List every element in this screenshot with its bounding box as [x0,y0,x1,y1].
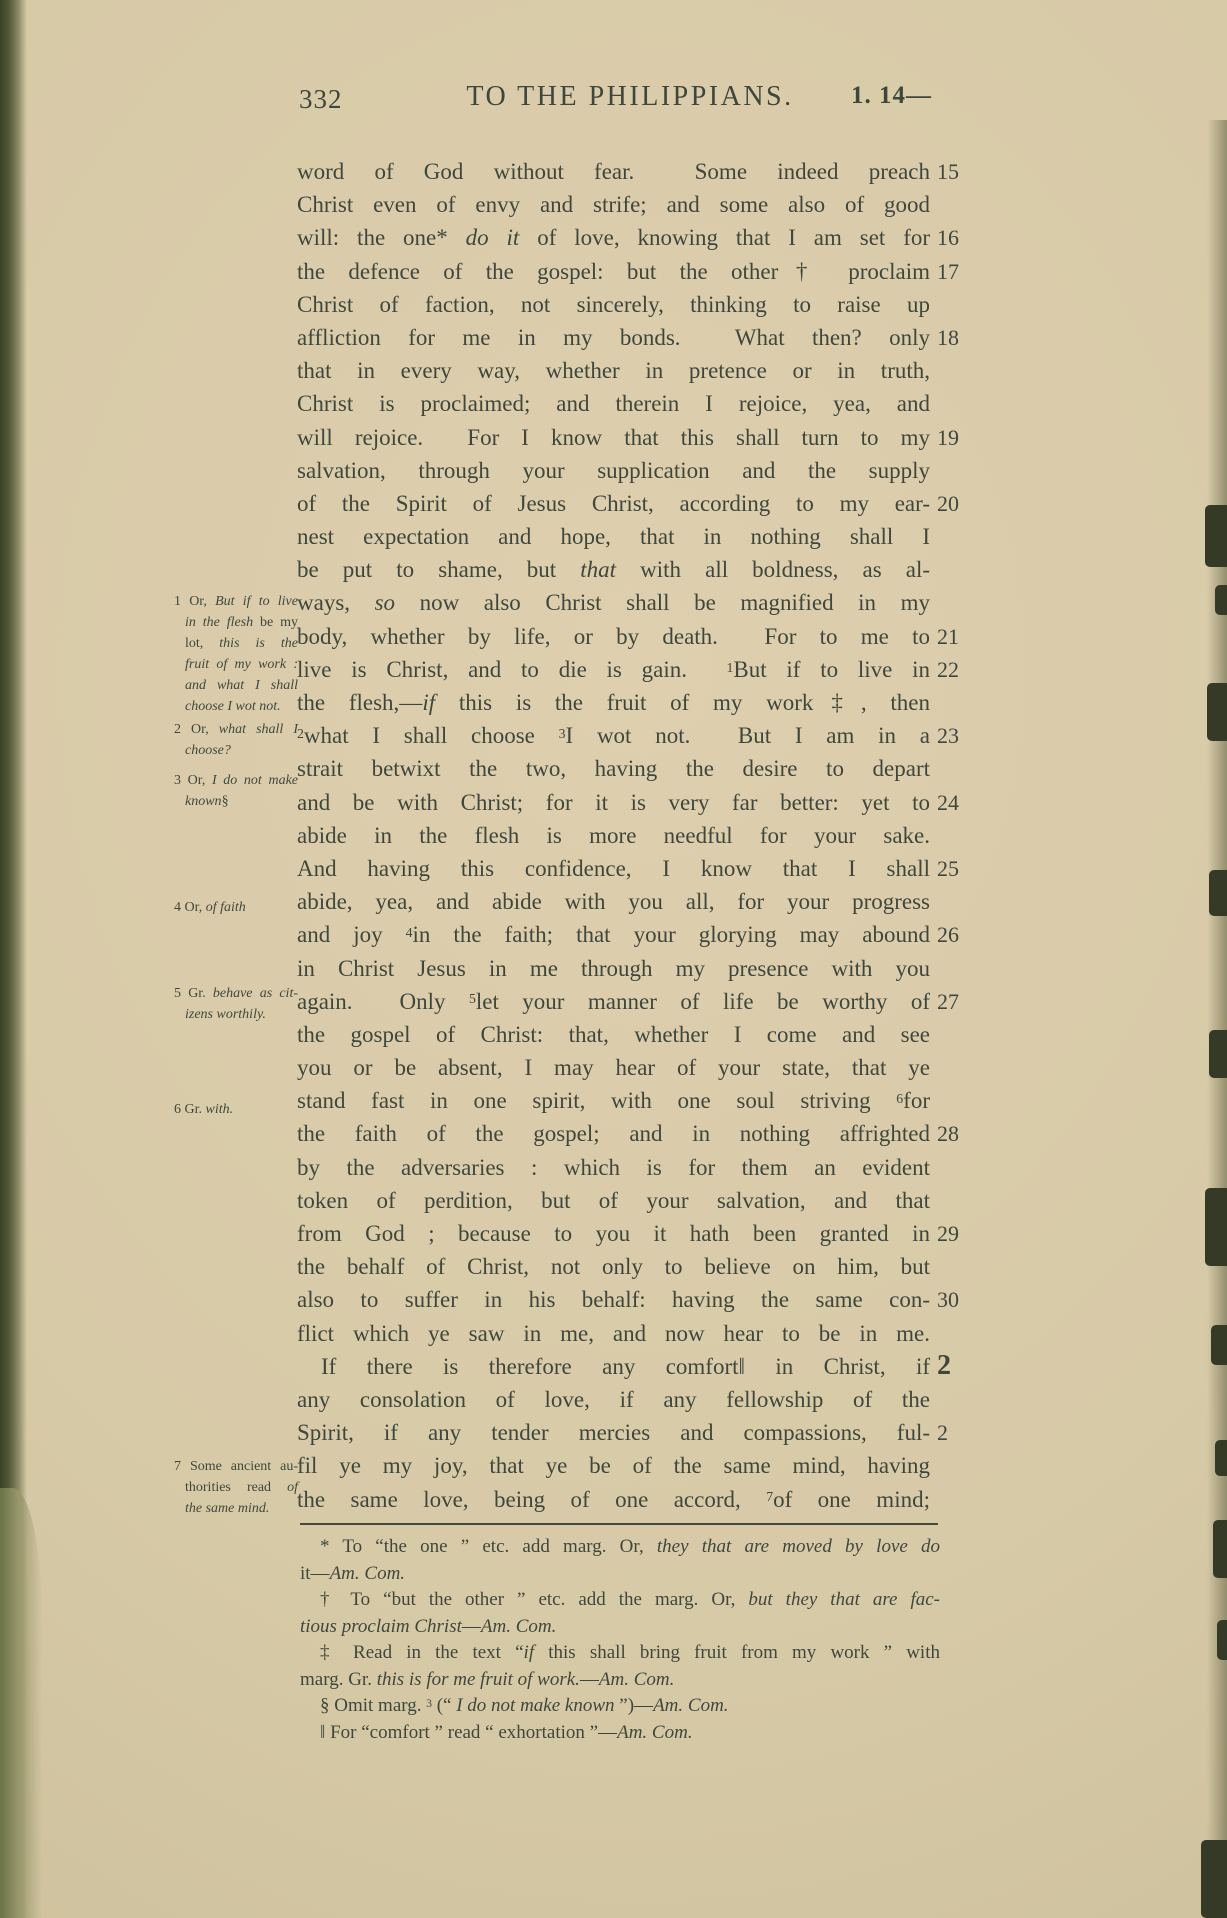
body-line-text: Christ is proclaimed; and therein I rejo… [297,387,930,420]
verse-number: 27 [937,985,989,1018]
body-line-text: the flesh,—if this is the fruit of my wo… [297,686,930,719]
body-line-text: word of God without fear. Some indeed pr… [297,155,930,188]
body-line-text: token of perdition, but of your salvatio… [297,1184,930,1217]
verse-number: 15 [937,155,989,188]
footnote-line: § Omit marg. 3 (“ I do not make known ”)… [300,1693,940,1720]
body-line: live is Christ, and to die is gain. 1But… [297,653,930,686]
body-line: by the adversaries : which is for them a… [297,1151,930,1184]
body-line: flict which ye saw in me, and now hear t… [297,1317,930,1350]
body-line-text: by the adversaries : which is for them a… [297,1151,930,1184]
margin-note-line: izens worthily. [174,1004,298,1025]
margin-note: 4 Or, of faith [174,897,298,918]
margin-note-line: thorities read of [174,1477,298,1498]
body-line-text: If there is therefore any comfort‖ in Ch… [297,1350,930,1383]
body-line: Christ even of envy and strife; and some… [297,188,930,221]
footnote-line: † To “but the other ” etc. add the marg.… [300,1587,940,1614]
margin-note-line: choose I wot not. [174,696,298,717]
body-line-text: the gospel of Christ: that, whether I co… [297,1018,930,1051]
body-line: of the Spirit of Jesus Christ, according… [297,487,930,520]
body-line: 2what I shall choose 3I wot not. But I a… [297,719,930,752]
verse-number: 2 [937,1416,989,1449]
body-line-text: Christ even of envy and strife; and some… [297,188,930,221]
margin-note-line: in the flesh be my [174,612,298,633]
body-line: from God ; because to you it hath been g… [297,1217,930,1250]
body-line-text: will rejoice. For I know that this shall… [297,421,930,454]
body-line-text: 2what I shall choose 3I wot not. But I a… [297,719,930,752]
verse-number: 19 [937,421,989,454]
margin-note-line: choose? [174,740,298,761]
verse-number: 24 [937,786,989,819]
verse-number: 30 [937,1283,989,1316]
body-line: in Christ Jesus in me through my presenc… [297,952,930,985]
body-line-text: stand fast in one spirit, with one soul … [297,1084,930,1117]
page-edge-mark [1211,1325,1227,1365]
body-line: the faith of the gospel; and in nothing … [297,1117,930,1150]
footnotes: * To “the one ” etc. add marg. Or, they … [300,1534,940,1746]
margin-note: 1 Or, But if to livein the flesh be mylo… [174,591,298,717]
page-edge-mark [1209,870,1227,916]
footnote-line: marg. Gr. this is for me fruit of work.—… [300,1667,940,1694]
body-line: ways, so now also Christ shall be magnif… [297,586,930,619]
body-line: nest expectation and hope, that in nothi… [297,520,930,553]
body-line-text: the behalf of Christ, not only to believ… [297,1250,930,1283]
margin-note-line: lot, this is the [174,633,298,654]
margin-note-line: 7 Some ancient au- [174,1456,298,1477]
body-line-text: also to suffer in his behalf: having the… [297,1283,930,1316]
body-line: will rejoice. For I know that this shall… [297,421,930,454]
body-line-text: of the Spirit of Jesus Christ, according… [297,487,930,520]
page-edge-mark [1215,1440,1227,1476]
body-line-text: any consolation of love, if any fellowsh… [297,1383,930,1416]
body-line: Christ is proclaimed; and therein I rejo… [297,387,930,420]
verse-number: 26 [937,918,989,951]
page-binding-edge-bottom [0,1488,42,1918]
body-line-text: And having this confidence, I know that … [297,852,930,885]
body-line: and be with Christ; for it is very far b… [297,786,930,819]
verse-number: 23 [937,719,989,752]
verse-number: 17 [937,255,989,288]
body-line: token of perdition, but of your salvatio… [297,1184,930,1217]
verse-number: 18 [937,321,989,354]
body-line-text: ways, so now also Christ shall be magnif… [297,586,930,619]
body-line: And having this confidence, I know that … [297,852,930,885]
body-line-text: strait betwixt the two, having the desir… [297,752,930,785]
margin-note-line: 6 Gr. with. [174,1099,298,1120]
body-line: the defence of the gospel: but the other… [297,255,930,288]
body-line: also to suffer in his behalf: having the… [297,1283,930,1316]
body-line-text: abide in the flesh is more needful for y… [297,819,930,852]
body-line: fil ye my joy, that ye be of the same mi… [297,1449,930,1482]
body-line-text: be put to shame, but that with all boldn… [297,553,930,586]
page-edge-mark [1215,585,1227,615]
verse-number: 28 [937,1117,989,1150]
chapter-verse-reference: 1. 14— [820,82,932,110]
page-edge-mark [1205,505,1227,567]
body-line-text: in Christ Jesus in me through my presenc… [297,952,930,985]
body-line-text: and joy 4in the faith; that your gloryin… [297,918,930,951]
body-line: that in every way, whether in pretence o… [297,354,930,387]
margin-note: 5 Gr. behave as cit-izens worthily. [174,983,298,1025]
chapter-number: 2 [937,1350,989,1381]
body-line-text: Spirit, if any tender mercies and compas… [297,1416,930,1449]
footnote-line: * To “the one ” etc. add marg. Or, they … [300,1534,940,1561]
body-line-text: live is Christ, and to die is gain. 1But… [297,653,930,686]
body-line: the same love, being of one accord, 7of … [297,1483,930,1516]
footnote-line: ‖ For “comfort ” read “ exhortation ”—Am… [300,1720,940,1747]
verse-number: 29 [937,1217,989,1250]
margin-note-line: fruit of my work : [174,654,298,675]
body-line-text: body, whether by life, or by death. For … [297,620,930,653]
margin-note-line: known§ [174,791,298,812]
body-line: any consolation of love, if any fellowsh… [297,1383,930,1416]
verse-number: 20 [937,487,989,520]
body-column: word of God without fear. Some indeed pr… [297,155,930,1516]
body-line: the flesh,—if this is the fruit of my wo… [297,686,930,719]
margin-note-line: and what I shall [174,675,298,696]
body-line-text: flict which ye saw in me, and now hear t… [297,1317,930,1350]
verse-number: 16 [937,221,989,254]
page: 332 TO THE PHILIPPIANS. 1. 14— word of G… [0,0,1227,1918]
body-line: abide, yea, and abide with you all, for … [297,885,930,918]
margin-note-line: 1 Or, But if to live [174,591,298,612]
page-edge-mark [1209,1030,1227,1078]
body-line-text: and be with Christ; for it is very far b… [297,786,930,819]
body-line: will: the one* do it of love, knowing th… [297,221,930,254]
body-line-text: the faith of the gospel; and in nothing … [297,1117,930,1150]
page-edge-mark [1217,1620,1227,1660]
body-line: affliction for me in my bonds. What then… [297,321,930,354]
body-line: be put to shame, but that with all boldn… [297,553,930,586]
margin-note: 7 Some ancient au-thorities read ofthe s… [174,1456,298,1519]
footnote-line: it—Am. Com. [300,1561,940,1588]
page-edge-mark [1207,683,1227,741]
margin-note: 2 Or, what shall Ichoose? [174,719,298,761]
body-line: the gospel of Christ: that, whether I co… [297,1018,930,1051]
body-line: body, whether by life, or by death. For … [297,620,930,653]
body-line-text: that in every way, whether in pretence o… [297,354,930,387]
body-line-text: salvation, through your supplication and… [297,454,930,487]
margin-note-line: 4 Or, of faith [174,897,298,918]
body-line: stand fast in one spirit, with one soul … [297,1084,930,1117]
margin-note: 3 Or, I do not makeknown§ [174,770,298,812]
body-line-text: from God ; because to you it hath been g… [297,1217,930,1250]
body-line-text: the same love, being of one accord, 7of … [297,1483,930,1516]
verse-number: 21 [937,620,989,653]
footnote-line: ‡ Read in the text “if this shall bring … [300,1640,940,1667]
body-line-text: nest expectation and hope, that in nothi… [297,520,930,553]
margin-note-line: 2 Or, what shall I [174,719,298,740]
page-edge-mark [1213,1520,1227,1578]
page-edge-mark [1205,1188,1227,1266]
body-line: you or be absent, I may hear of your sta… [297,1051,930,1084]
page-edge-mark [1201,1840,1227,1918]
margin-note-line: 5 Gr. behave as cit- [174,983,298,1004]
body-line: Spirit, if any tender mercies and compas… [297,1416,930,1449]
body-line: strait betwixt the two, having the desir… [297,752,930,785]
body-line: the behalf of Christ, not only to believ… [297,1250,930,1283]
body-line-text: again. Only 5let your manner of life be … [297,985,930,1018]
body-line-text: affliction for me in my bonds. What then… [297,321,930,354]
margin-note-line: the same mind. [174,1498,298,1519]
footnote-separator-rule [300,1523,938,1525]
body-line: salvation, through your supplication and… [297,454,930,487]
body-line: again. Only 5let your manner of life be … [297,985,930,1018]
body-line: and joy 4in the faith; that your gloryin… [297,918,930,951]
body-line: If there is therefore any comfort‖ in Ch… [297,1350,930,1383]
body-line-text: the defence of the gospel: but the other… [297,255,930,288]
footnote-line: tious proclaim Christ—Am. Com. [300,1614,940,1641]
verse-number: 22 [937,653,989,686]
margin-note: 6 Gr. with. [174,1099,298,1120]
body-line: word of God without fear. Some indeed pr… [297,155,930,188]
body-line: Christ of faction, not sincerely, thinki… [297,288,930,321]
body-line: abide in the flesh is more needful for y… [297,819,930,852]
body-line-text: you or be absent, I may hear of your sta… [297,1051,930,1084]
body-line-text: will: the one* do it of love, knowing th… [297,221,930,254]
body-line-text: abide, yea, and abide with you all, for … [297,885,930,918]
margin-note-line: 3 Or, I do not make [174,770,298,791]
body-line-text: fil ye my joy, that ye be of the same mi… [297,1449,930,1482]
body-line-text: Christ of faction, not sincerely, thinki… [297,288,930,321]
verse-number: 25 [937,852,989,885]
